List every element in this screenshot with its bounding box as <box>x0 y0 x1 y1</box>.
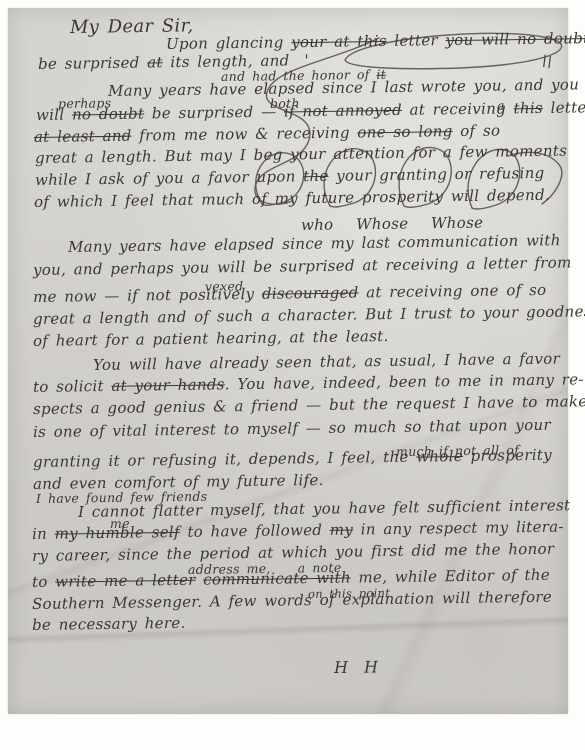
struck-out-text: you will no doubt <box>445 29 585 49</box>
handwritten-text: in <box>32 525 55 543</box>
struck-out-text: my <box>330 521 354 539</box>
handwritten-text: Southern Messenger. A few words of expla… <box>32 588 552 613</box>
handwritten-text: of so <box>452 121 500 140</box>
body-line: Southern Messenger. A few words of expla… <box>32 589 552 613</box>
handwritten-text: to <box>32 573 55 591</box>
handwritten-text: you, and perhaps you will be surprised a… <box>33 253 572 279</box>
handwritten-text: letter <box>543 98 585 117</box>
scanned-manuscript-page: My Dear Sir,Upon glancing your at this l… <box>0 0 585 750</box>
struck-out-text: my humble self <box>55 523 180 543</box>
handwritten-text: great a length and of such a character. … <box>33 302 585 328</box>
handwritten-text: of heart for a patient hearing, at the l… <box>33 327 389 350</box>
handwritten-text: is one of vital interest to myself — so … <box>33 416 551 441</box>
handwritten-text: from me now & receiving <box>132 123 358 144</box>
handwritten-text: at receiving <box>402 99 514 119</box>
struck-out-text: at least and <box>34 127 132 146</box>
body-line: me now — if not positively discouraged a… <box>33 282 547 306</box>
body-line: great a length and of such a character. … <box>33 303 585 327</box>
inserted-opening-line: Upon glancing your at this letter you wi… <box>166 29 585 52</box>
handwritten-text: Many years have elapsed since I last wro… <box>108 75 579 100</box>
handwritten-text: Many years have elapsed since my last co… <box>68 231 561 256</box>
handwritten-text: You will have already seen that, as usua… <box>93 349 560 374</box>
handwritten-text: letter <box>387 31 446 50</box>
handwritten-text: Upon glancing <box>166 33 291 53</box>
handwritten-text: in any respect my litera- <box>353 518 564 539</box>
struck-out-text: if not annoyed <box>284 101 402 121</box>
struck-out-text: this <box>513 99 543 117</box>
body-line: granting it or refusing it, depends, I f… <box>33 447 552 471</box>
handwritten-text: be surprised — <box>144 103 284 123</box>
handwritten-text: me now — if not positively <box>33 285 262 306</box>
body-line: Many years have elapsed since I last wro… <box>108 76 579 99</box>
body-line: is one of vital interest to myself — so … <box>33 417 551 441</box>
body-line: to solicit at your hands. You have, inde… <box>33 371 584 395</box>
body-line: at least and from me now & receiving one… <box>34 122 500 145</box>
margin-tick: \\ <box>540 52 554 71</box>
body-line: while I ask of you a favor upon the your… <box>35 165 545 189</box>
struck-out-text: communicate with <box>203 569 351 589</box>
handwritten-text: granting it or refusing it, depends, I f… <box>33 448 416 471</box>
struck-out-text: the <box>303 167 329 185</box>
struck-out-text: no doubt <box>72 104 145 123</box>
handwritten-text: great a length. But may I beg your atten… <box>35 142 567 167</box>
body-line: You will have already seen that, as usua… <box>93 350 560 373</box>
handwritten-text: who Whose Whose <box>301 213 483 234</box>
interline-words: who Whose Whose <box>301 214 483 233</box>
handwritten-text: be necessary here. <box>32 614 186 634</box>
body-line: spects a good genius & a friend — but th… <box>33 393 585 418</box>
body-line: be necessary here. <box>32 615 186 634</box>
body-line: to write me a letter communicate with me… <box>32 567 550 591</box>
pen-trial: H H <box>334 658 379 676</box>
struck-out-text: write me a letter <box>55 571 196 591</box>
handwritten-text: be surprised <box>38 53 147 73</box>
handwritten-text: of which I feel that much of my future p… <box>34 186 550 211</box>
handwritten-text: to solicit <box>33 377 112 396</box>
handwritten-text: while I ask of you a favor upon <box>35 167 303 189</box>
handwritten-text: H H <box>334 657 379 677</box>
handwritten-text: to have followed <box>180 521 330 541</box>
handwritten-text: will <box>36 105 72 124</box>
struck-out-text: one so long <box>357 122 452 141</box>
handwritten-text: . You have, indeed, been to me in many r… <box>225 370 584 393</box>
body-line: Many years have elapsed since my last co… <box>68 232 561 255</box>
body-line: great a length. But may I beg your atten… <box>35 143 567 167</box>
struck-out-text: at your hands <box>111 375 225 395</box>
handwritten-text: \\ <box>540 51 555 71</box>
handwritten-text: spects a good genius & a friend — but th… <box>33 392 585 418</box>
handwritten-text: at receiving one of so <box>359 281 547 302</box>
struck-out-text: at <box>147 53 163 71</box>
handwritten-text: your granting or refusing <box>328 164 544 185</box>
letter-paper: My Dear Sir,Upon glancing your at this l… <box>8 8 568 714</box>
body-line: of which I feel that much of my future p… <box>34 187 550 211</box>
struck-out-text: discouraged <box>262 283 359 302</box>
body-line: of heart for a patient hearing, at the l… <box>33 328 389 349</box>
body-line: you, and perhaps you will be surprised a… <box>33 254 572 278</box>
handwritten-text: prosperity <box>463 446 552 465</box>
body-line: will no doubt be surprised — if not anno… <box>36 99 585 123</box>
struck-out-text: your at this <box>291 32 387 51</box>
struck-out-text: whole <box>416 447 463 466</box>
handwritten-text: me, while Editor of the <box>351 566 550 587</box>
